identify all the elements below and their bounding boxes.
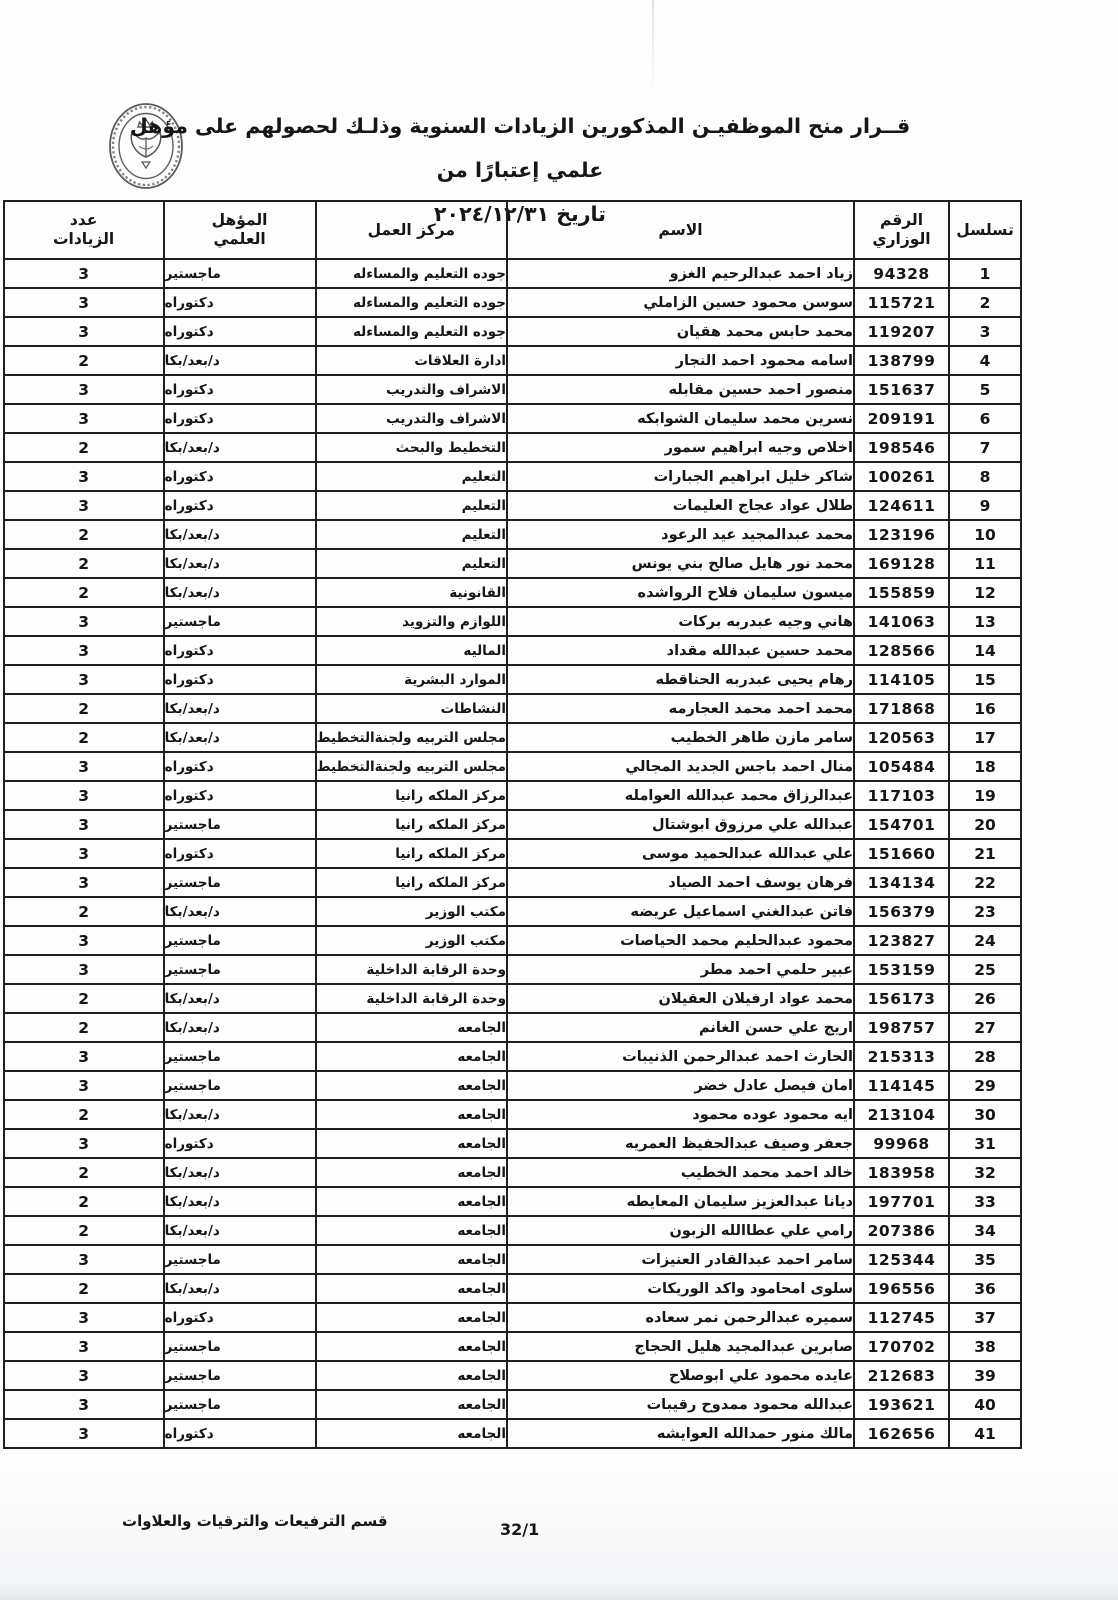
cell-name: محمد عبدالمجيد عيد الرعود: [507, 520, 854, 549]
cell-name: محمد حسين عبدالله مقداد: [507, 636, 854, 665]
cell-name: عبدالله محمود ممدوح رقيبات: [507, 1390, 854, 1419]
cell-increases: 2: [4, 1100, 164, 1129]
cell-work-center: الجامعه: [316, 1303, 507, 1332]
cell-name: شاكر خليل ابراهيم الجبارات: [507, 462, 854, 491]
cell-increases: 2: [4, 520, 164, 549]
cell-ministry-number: 154701: [854, 810, 949, 839]
table-row: 19117103عبدالرزاق محمد عبدالله العواملهم…: [4, 781, 1021, 810]
cell-name: ديانا عبدالعزيز سليمان المعايطه: [507, 1187, 854, 1216]
cell-qualification: ماجستير: [164, 868, 316, 897]
column-header-serial: تسلسل: [949, 201, 1021, 259]
cell-name: محمد عواد ارفيلان العقيلان: [507, 984, 854, 1013]
cell-increases: 2: [4, 433, 164, 462]
cell-work-center: الجامعه: [316, 1013, 507, 1042]
cell-increases: 3: [4, 1042, 164, 1071]
table-row: 27198757اريج علي حسن الغانمالجامعهد/بعد/…: [4, 1013, 1021, 1042]
cell-work-center: مركز الملكه رانيا: [316, 868, 507, 897]
table-row: 40193621عبدالله محمود ممدوح رقيباتالجامع…: [4, 1390, 1021, 1419]
table-row: 2115721سوسن محمود حسين الزامليجوده التعل…: [4, 288, 1021, 317]
cell-serial: 39: [949, 1361, 1021, 1390]
cell-ministry-number: 213104: [854, 1100, 949, 1129]
cell-serial: 14: [949, 636, 1021, 665]
cell-name: جعفر وصيف عبدالحفيظ العمريه: [507, 1129, 854, 1158]
header-row: تسلسل الرقم الوزاري الاسم مركز العمل الم…: [4, 201, 1021, 259]
cell-increases: 3: [4, 317, 164, 346]
cell-qualification: د/بعد/بكا: [164, 1216, 316, 1245]
cell-ministry-number: 169128: [854, 549, 949, 578]
table-row: 36196556سلوى امحامود واكد الوريكاتالجامع…: [4, 1274, 1021, 1303]
cell-serial: 36: [949, 1274, 1021, 1303]
cell-serial: 32: [949, 1158, 1021, 1187]
cell-name: سامر مازن طاهر الخطيب: [507, 723, 854, 752]
cell-increases: 3: [4, 1361, 164, 1390]
cell-increases: 2: [4, 694, 164, 723]
cell-ministry-number: 115721: [854, 288, 949, 317]
cell-qualification: د/بعد/بكا: [164, 433, 316, 462]
cell-qualification: د/بعد/بكا: [164, 694, 316, 723]
cell-name: خالد احمد محمد الخطيب: [507, 1158, 854, 1187]
table-row: 33197701ديانا عبدالعزيز سليمان المعايطها…: [4, 1187, 1021, 1216]
cell-work-center: النشاطات: [316, 694, 507, 723]
cell-qualification: ماجستير: [164, 810, 316, 839]
cell-name: محمد احمد محمد العجارمه: [507, 694, 854, 723]
cell-qualification: ماجستير: [164, 607, 316, 636]
cell-serial: 8: [949, 462, 1021, 491]
table-row: 13141063هاني وجيه عبدربه بركاتاللوازم وا…: [4, 607, 1021, 636]
cell-qualification: دكتوراه: [164, 404, 316, 433]
cell-serial: 22: [949, 868, 1021, 897]
table-row: 34207386رامي علي عطاالله الزبونالجامعهد/…: [4, 1216, 1021, 1245]
cell-name: صابرين عبدالمجيد هليل الحجاج: [507, 1332, 854, 1361]
table-row: 39212683عايده محمود علي ابوصلاحالجامعهما…: [4, 1361, 1021, 1390]
cell-increases: 3: [4, 1303, 164, 1332]
cell-work-center: التخطيط والبحث: [316, 433, 507, 462]
cell-name: سوسن محمود حسين الزاملي: [507, 288, 854, 317]
table-row: 24123827محمود عبدالحليم محمد الحياصاتمكت…: [4, 926, 1021, 955]
cell-ministry-number: 99968: [854, 1129, 949, 1158]
cell-ministry-number: 162656: [854, 1419, 949, 1448]
cell-serial: 15: [949, 665, 1021, 694]
cell-qualification: دكتوراه: [164, 1303, 316, 1332]
cell-ministry-number: 198546: [854, 433, 949, 462]
cell-qualification: دكتوراه: [164, 665, 316, 694]
cell-qualification: د/بعد/بكا: [164, 1158, 316, 1187]
cell-qualification: دكتوراه: [164, 1419, 316, 1448]
cell-work-center: الجامعه: [316, 1274, 507, 1303]
cell-increases: 3: [4, 607, 164, 636]
table-row: 26156173محمد عواد ارفيلان العقيلانوحدة ا…: [4, 984, 1021, 1013]
cell-increases: 3: [4, 491, 164, 520]
cell-qualification: د/بعد/بكا: [164, 1100, 316, 1129]
cell-name: سلوى امحامود واكد الوريكات: [507, 1274, 854, 1303]
cell-work-center: جوده التعليم والمساءله: [316, 288, 507, 317]
cell-serial: 28: [949, 1042, 1021, 1071]
cell-ministry-number: 156379: [854, 897, 949, 926]
table-row: 21151660علي عبدالله عبدالحميد موسىمركز ا…: [4, 839, 1021, 868]
cell-qualification: دكتوراه: [164, 1129, 316, 1158]
cell-ministry-number: 128566: [854, 636, 949, 665]
table-row: 20154701عبدالله علي مرزوق ابوشتالمركز ال…: [4, 810, 1021, 839]
cell-increases: 2: [4, 1187, 164, 1216]
cell-work-center: مجلس التربيه ولجنةالتخطيط: [316, 752, 507, 781]
cell-ministry-number: 141063: [854, 607, 949, 636]
cell-work-center: وحدة الرقابة الداخلية: [316, 984, 507, 1013]
cell-work-center: الجامعه: [316, 1158, 507, 1187]
cell-name: عبدالرزاق محمد عبدالله العوامله: [507, 781, 854, 810]
cell-qualification: ماجستير: [164, 1390, 316, 1419]
employees-table: تسلسل الرقم الوزاري الاسم مركز العمل الم…: [3, 200, 1022, 1449]
cell-work-center: مركز الملكه رانيا: [316, 839, 507, 868]
cell-name: علي عبدالله عبدالحميد موسى: [507, 839, 854, 868]
cell-serial: 35: [949, 1245, 1021, 1274]
cell-ministry-number: 105484: [854, 752, 949, 781]
cell-ministry-number: 94328: [854, 259, 949, 288]
cell-ministry-number: 112745: [854, 1303, 949, 1332]
column-header-work-center: مركز العمل: [316, 201, 507, 259]
cell-name: هاني وجيه عبدربه بركات: [507, 607, 854, 636]
cell-serial: 6: [949, 404, 1021, 433]
cell-increases: 3: [4, 926, 164, 955]
cell-work-center: الاشراف والتدريب: [316, 375, 507, 404]
employees-table-header: تسلسل الرقم الوزاري الاسم مركز العمل الم…: [4, 201, 1021, 259]
cell-qualification: د/بعد/بكا: [164, 723, 316, 752]
cell-increases: 3: [4, 1071, 164, 1100]
cell-ministry-number: 171868: [854, 694, 949, 723]
table-row: 35125344سامر احمد عبدالقادر العنيزاتالجا…: [4, 1245, 1021, 1274]
table-row: 6209191نسرين محمد سليمان الشوابكهالاشراف…: [4, 404, 1021, 433]
cell-work-center: الجامعه: [316, 1332, 507, 1361]
cell-serial: 9: [949, 491, 1021, 520]
cell-serial: 19: [949, 781, 1021, 810]
cell-name: محمد نور هايل صالح بني يونس: [507, 549, 854, 578]
cell-increases: 3: [4, 839, 164, 868]
cell-work-center: الجامعه: [316, 1071, 507, 1100]
cell-serial: 17: [949, 723, 1021, 752]
scanned-document-page: قــرار منح الموظفيـن المذكورين الزيادات …: [0, 0, 1118, 1600]
table-row: 37112745سميره عبدالرحمن نمر سعادهالجامعه…: [4, 1303, 1021, 1332]
cell-ministry-number: 124611: [854, 491, 949, 520]
cell-work-center: مركز الملكه رانيا: [316, 810, 507, 839]
cell-ministry-number: 114145: [854, 1071, 949, 1100]
cell-increases: 3: [4, 1245, 164, 1274]
cell-ministry-number: 151637: [854, 375, 949, 404]
cell-increases: 2: [4, 578, 164, 607]
table-row: 30213104ايه محمود عوده محمودالجامعهد/بعد…: [4, 1100, 1021, 1129]
column-header-increases: عدد الزيادات: [4, 201, 164, 259]
table-row: 18105484منال احمد باجس الجديد المجاليمجل…: [4, 752, 1021, 781]
department-label: قسم الترفيعات والترقيات والعلاوات: [122, 1512, 388, 1530]
cell-serial: 10: [949, 520, 1021, 549]
cell-qualification: دكتوراه: [164, 636, 316, 665]
cell-increases: 3: [4, 810, 164, 839]
cell-increases: 2: [4, 723, 164, 752]
cell-qualification: دكتوراه: [164, 781, 316, 810]
cell-ministry-number: 209191: [854, 404, 949, 433]
cell-work-center: القانونية: [316, 578, 507, 607]
cell-ministry-number: 198757: [854, 1013, 949, 1042]
cell-qualification: د/بعد/بكا: [164, 1274, 316, 1303]
cell-serial: 11: [949, 549, 1021, 578]
cell-name: فاتن عبدالغني اسماعيل عريضه: [507, 897, 854, 926]
cell-serial: 16: [949, 694, 1021, 723]
cell-qualification: ماجستير: [164, 926, 316, 955]
cell-serial: 33: [949, 1187, 1021, 1216]
cell-ministry-number: 193621: [854, 1390, 949, 1419]
cell-increases: 3: [4, 404, 164, 433]
cell-qualification: د/بعد/بكا: [164, 897, 316, 926]
cell-qualification: دكتوراه: [164, 491, 316, 520]
table-row: 9124611طلال عواد عجاج العليماتالتعليمدكت…: [4, 491, 1021, 520]
cell-work-center: التعليم: [316, 491, 507, 520]
table-row: 17120563سامر مازن طاهر الخطيبمجلس التربي…: [4, 723, 1021, 752]
cell-serial: 12: [949, 578, 1021, 607]
cell-work-center: الجامعه: [316, 1419, 507, 1448]
cell-serial: 5: [949, 375, 1021, 404]
cell-ministry-number: 170702: [854, 1332, 949, 1361]
cell-ministry-number: 120563: [854, 723, 949, 752]
cell-work-center: ادارة العلاقات: [316, 346, 507, 375]
cell-qualification: د/بعد/بكا: [164, 1187, 316, 1216]
cell-ministry-number: 156173: [854, 984, 949, 1013]
cell-qualification: د/بعد/بكا: [164, 578, 316, 607]
cell-increases: 3: [4, 1332, 164, 1361]
table-row: 32183958خالد احمد محمد الخطيبالجامعهد/بع…: [4, 1158, 1021, 1187]
cell-work-center: اللوازم والتزويد: [316, 607, 507, 636]
cell-name: فرهان يوسف احمد الصياد: [507, 868, 854, 897]
cell-qualification: د/بعد/بكا: [164, 520, 316, 549]
column-header-qualification: المؤهل العلمي: [164, 201, 316, 259]
cell-name: سامر احمد عبدالقادر العنيزات: [507, 1245, 854, 1274]
cell-qualification: ماجستير: [164, 955, 316, 984]
cell-increases: 2: [4, 549, 164, 578]
cell-increases: 2: [4, 346, 164, 375]
cell-serial: 27: [949, 1013, 1021, 1042]
cell-ministry-number: 138799: [854, 346, 949, 375]
table-row: 3199968جعفر وصيف عبدالحفيظ العمريهالجامع…: [4, 1129, 1021, 1158]
table-row: 23156379فاتن عبدالغني اسماعيل عريضهمكتب …: [4, 897, 1021, 926]
cell-qualification: دكتوراه: [164, 288, 316, 317]
table-row: 28215313الحارث احمد عبدالرحمن الذنيباتال…: [4, 1042, 1021, 1071]
cell-qualification: ماجستير: [164, 1042, 316, 1071]
cell-ministry-number: 114105: [854, 665, 949, 694]
cell-ministry-number: 100261: [854, 462, 949, 491]
table-row: 5151637منصور احمد حسين مقابلهالاشراف وال…: [4, 375, 1021, 404]
cell-increases: 3: [4, 665, 164, 694]
cell-ministry-number: 197701: [854, 1187, 949, 1216]
cell-qualification: دكتوراه: [164, 462, 316, 491]
table-row: 29114145امان فيصل عادل خضرالجامعهماجستير…: [4, 1071, 1021, 1100]
cell-name: سميره عبدالرحمن نمر سعاده: [507, 1303, 854, 1332]
cell-ministry-number: 151660: [854, 839, 949, 868]
table-row: 7198546اخلاص وجيه ابراهيم سمورالتخطيط وا…: [4, 433, 1021, 462]
cell-name: نسرين محمد سليمان الشوابكه: [507, 404, 854, 433]
cell-qualification: ماجستير: [164, 259, 316, 288]
cell-work-center: جوده التعليم والمساءله: [316, 317, 507, 346]
cell-qualification: ماجستير: [164, 1332, 316, 1361]
column-header-name: الاسم: [507, 201, 854, 259]
cell-serial: 26: [949, 984, 1021, 1013]
cell-name: محمود عبدالحليم محمد الحياصات: [507, 926, 854, 955]
cell-qualification: د/بعد/بكا: [164, 549, 316, 578]
cell-work-center: الجامعه: [316, 1187, 507, 1216]
table-row: 25153159عبير حلمي احمد مطروحدة الرقابة ا…: [4, 955, 1021, 984]
cell-work-center: الجامعه: [316, 1245, 507, 1274]
cell-increases: 3: [4, 375, 164, 404]
cell-work-center: مجلس التربيه ولجنةالتخطيط: [316, 723, 507, 752]
cell-name: محمد حابس محمد هقيان: [507, 317, 854, 346]
cell-ministry-number: 183958: [854, 1158, 949, 1187]
cell-increases: 3: [4, 1390, 164, 1419]
cell-work-center: وحدة الرقابة الداخلية: [316, 955, 507, 984]
cell-work-center: التعليم: [316, 520, 507, 549]
cell-name: اخلاص وجيه ابراهيم سمور: [507, 433, 854, 462]
cell-work-center: مكتب الوزير: [316, 897, 507, 926]
cell-work-center: التعليم: [316, 549, 507, 578]
cell-serial: 13: [949, 607, 1021, 636]
cell-increases: 3: [4, 288, 164, 317]
cell-qualification: دكتوراه: [164, 317, 316, 346]
cell-name: ايه محمود عوده محمود: [507, 1100, 854, 1129]
cell-serial: 24: [949, 926, 1021, 955]
table-row: 4138799اسامه محمود احمد النجارادارة العل…: [4, 346, 1021, 375]
cell-serial: 3: [949, 317, 1021, 346]
cell-qualification: دكتوراه: [164, 839, 316, 868]
cell-serial: 20: [949, 810, 1021, 839]
cell-work-center: الاشراف والتدريب: [316, 404, 507, 433]
table-row: 22134134فرهان يوسف احمد الصيادمركز الملك…: [4, 868, 1021, 897]
cell-ministry-number: 123196: [854, 520, 949, 549]
column-header-ministry-number: الرقم الوزاري: [854, 201, 949, 259]
cell-name: زياد احمد عبدالرحيم الغزو: [507, 259, 854, 288]
cell-serial: 21: [949, 839, 1021, 868]
cell-name: منصور احمد حسين مقابله: [507, 375, 854, 404]
cell-serial: 38: [949, 1332, 1021, 1361]
table-row: 15114105رهام يحيى عبدربه الحناقطهالموارد…: [4, 665, 1021, 694]
cell-ministry-number: 196556: [854, 1274, 949, 1303]
cell-increases: 3: [4, 955, 164, 984]
cell-serial: 7: [949, 433, 1021, 462]
cell-increases: 2: [4, 897, 164, 926]
cell-name: عبدالله علي مرزوق ابوشتال: [507, 810, 854, 839]
cell-work-center: الماليه: [316, 636, 507, 665]
cell-ministry-number: 119207: [854, 317, 949, 346]
cell-work-center: الجامعه: [316, 1129, 507, 1158]
cell-name: امان فيصل عادل خضر: [507, 1071, 854, 1100]
cell-increases: 3: [4, 1129, 164, 1158]
cell-serial: 23: [949, 897, 1021, 926]
cell-work-center: الجامعه: [316, 1361, 507, 1390]
cell-qualification: د/بعد/بكا: [164, 984, 316, 1013]
cell-ministry-number: 153159: [854, 955, 949, 984]
cell-increases: 3: [4, 259, 164, 288]
cell-serial: 18: [949, 752, 1021, 781]
cell-qualification: ماجستير: [164, 1245, 316, 1274]
cell-qualification: ماجستير: [164, 1361, 316, 1390]
cell-ministry-number: 123827: [854, 926, 949, 955]
scan-crease-mark: [652, 0, 654, 95]
cell-name: رامي علي عطاالله الزبون: [507, 1216, 854, 1245]
cell-work-center: الجامعه: [316, 1390, 507, 1419]
cell-ministry-number: 117103: [854, 781, 949, 810]
cell-increases: 3: [4, 1419, 164, 1448]
table-row: 10123196محمد عبدالمجيد عيد الرعودالتعليم…: [4, 520, 1021, 549]
cell-ministry-number: 155859: [854, 578, 949, 607]
cell-work-center: الجامعه: [316, 1100, 507, 1129]
employees-table-body: 194328زياد احمد عبدالرحيم الغزوجوده التع…: [4, 259, 1021, 1448]
table-row: 14128566محمد حسين عبدالله مقدادالماليهدك…: [4, 636, 1021, 665]
table-row: 8100261شاكر خليل ابراهيم الجباراتالتعليم…: [4, 462, 1021, 491]
cell-increases: 2: [4, 984, 164, 1013]
cell-name: طلال عواد عجاج العليمات: [507, 491, 854, 520]
cell-work-center: مركز الملكه رانيا: [316, 781, 507, 810]
cell-qualification: ماجستير: [164, 1071, 316, 1100]
cell-ministry-number: 125344: [854, 1245, 949, 1274]
cell-serial: 1: [949, 259, 1021, 288]
cell-serial: 34: [949, 1216, 1021, 1245]
cell-serial: 2: [949, 288, 1021, 317]
cell-name: منال احمد باجس الجديد المجالي: [507, 752, 854, 781]
cell-increases: 2: [4, 1158, 164, 1187]
table-row: 38170702صابرين عبدالمجيد هليل الحجاجالجا…: [4, 1332, 1021, 1361]
cell-name: اسامه محمود احمد النجار: [507, 346, 854, 375]
cell-work-center: جوده التعليم والمساءله: [316, 259, 507, 288]
cell-serial: 40: [949, 1390, 1021, 1419]
table-row: 11169128محمد نور هايل صالح بني يونسالتعل…: [4, 549, 1021, 578]
cell-increases: 3: [4, 752, 164, 781]
cell-name: رهام يحيى عبدربه الحناقطه: [507, 665, 854, 694]
cell-work-center: مكتب الوزير: [316, 926, 507, 955]
cell-ministry-number: 212683: [854, 1361, 949, 1390]
cell-qualification: دكتوراه: [164, 375, 316, 404]
cell-work-center: التعليم: [316, 462, 507, 491]
cell-serial: 29: [949, 1071, 1021, 1100]
cell-serial: 37: [949, 1303, 1021, 1332]
title-line-1: قــرار منح الموظفيـن المذكورين الزيادات …: [110, 104, 930, 192]
cell-increases: 2: [4, 1274, 164, 1303]
cell-name: الحارث احمد عبدالرحمن الذنيبات: [507, 1042, 854, 1071]
cell-increases: 3: [4, 781, 164, 810]
cell-name: اريج علي حسن الغانم: [507, 1013, 854, 1042]
cell-serial: 31: [949, 1129, 1021, 1158]
cell-increases: 2: [4, 1013, 164, 1042]
cell-ministry-number: 215313: [854, 1042, 949, 1071]
table-row: 3119207محمد حابس محمد هقيانجوده التعليم …: [4, 317, 1021, 346]
table-row: 12155859ميسون سليمان فلاح الرواشدهالقانو…: [4, 578, 1021, 607]
cell-serial: 25: [949, 955, 1021, 984]
cell-serial: 41: [949, 1419, 1021, 1448]
page-number: 32/1: [500, 1520, 539, 1539]
cell-name: ميسون سليمان فلاح الرواشده: [507, 578, 854, 607]
cell-increases: 2: [4, 1216, 164, 1245]
cell-serial: 30: [949, 1100, 1021, 1129]
cell-name: عبير حلمي احمد مطر: [507, 955, 854, 984]
table-row: 41162656مالك منور حمدالله العوايشهالجامع…: [4, 1419, 1021, 1448]
cell-work-center: الموارد البشرية: [316, 665, 507, 694]
cell-work-center: الجامعه: [316, 1216, 507, 1245]
cell-serial: 4: [949, 346, 1021, 375]
cell-ministry-number: 207386: [854, 1216, 949, 1245]
cell-work-center: الجامعه: [316, 1042, 507, 1071]
cell-qualification: دكتوراه: [164, 752, 316, 781]
cell-increases: 3: [4, 462, 164, 491]
cell-qualification: د/بعد/بكا: [164, 1013, 316, 1042]
table-row: 194328زياد احمد عبدالرحيم الغزوجوده التع…: [4, 259, 1021, 288]
table-row: 16171868محمد احمد محمد العجارمهالنشاطاتد…: [4, 694, 1021, 723]
cell-name: مالك منور حمدالله العوايشه: [507, 1419, 854, 1448]
cell-qualification: د/بعد/بكا: [164, 346, 316, 375]
cell-ministry-number: 134134: [854, 868, 949, 897]
cell-increases: 3: [4, 636, 164, 665]
